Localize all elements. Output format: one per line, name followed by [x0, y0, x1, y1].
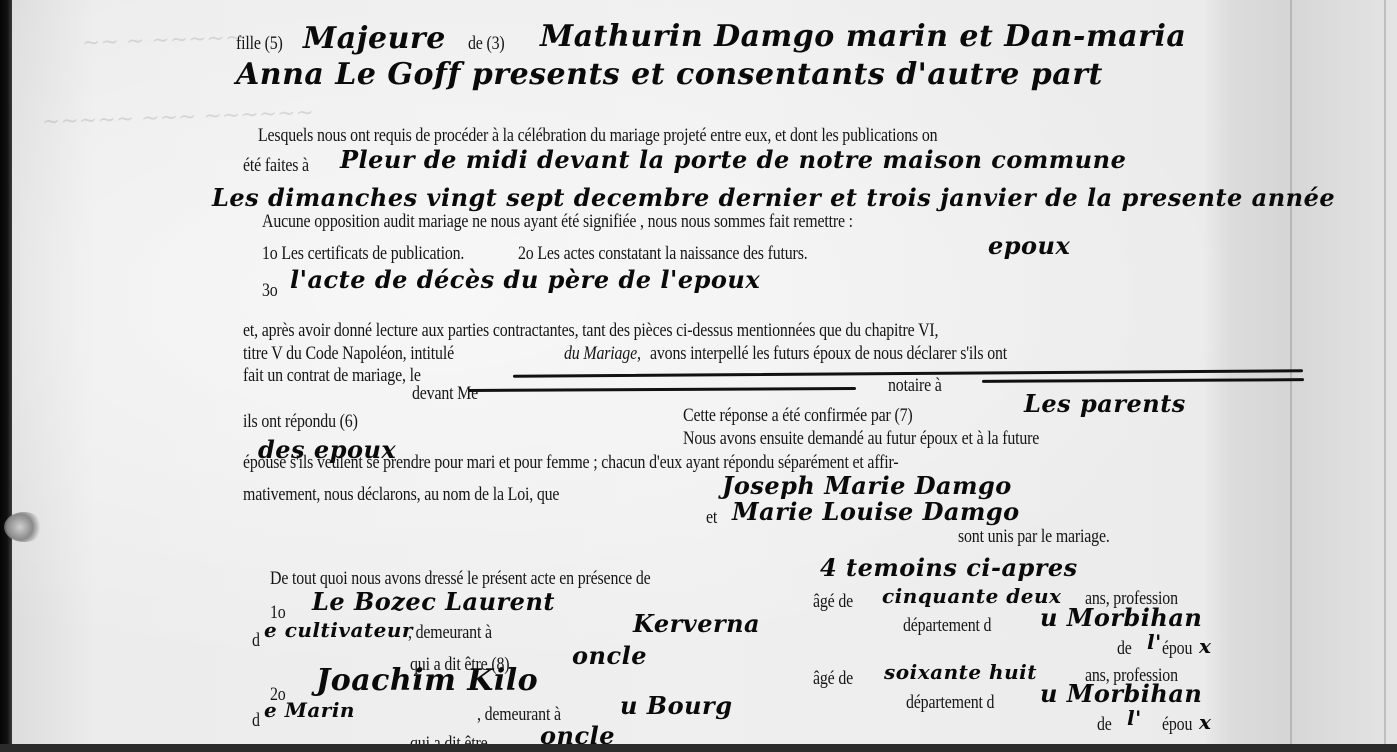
handwritten-witness1-name: Le Bozec Laurent [312, 590, 555, 614]
handwritten-witness2-department: u Morbihan [1040, 682, 1202, 706]
book-binding-edge [0, 0, 12, 745]
handwritten-witness1-relation: oncle [572, 644, 647, 668]
handwritten-futurs-epoux: epoux [988, 234, 1070, 258]
printed-ete-faites: été faites à [243, 157, 309, 176]
handwritten-witness2-of: l' [1127, 708, 1142, 728]
handwritten-witness1-of: l' [1147, 632, 1162, 652]
binding-thread [4, 512, 44, 542]
handwritten-witness1-profession: e cultivateur [264, 620, 413, 640]
page-edge-shadow [1384, 0, 1386, 745]
printed-witness2-epou: épou [1162, 716, 1192, 735]
printed-ils-ont-repondu: ils ont répondu (6) [243, 413, 358, 432]
printed-witness2-d: d [252, 712, 260, 731]
printed-witness1-age-label: âgé de [813, 593, 853, 612]
printed-witness1-departement: département d [903, 617, 991, 636]
handwritten-witness2-age: soixante huit [884, 662, 1037, 682]
printed-nous-avons: Nous avons ensuite demandé au futur épou… [683, 430, 1039, 449]
printed-epouse: épouse s'ils veulent se prendre pour mar… [243, 454, 898, 473]
bleed-through-text: ~~ ~ ~~~~~ [82, 25, 244, 56]
printed-item1: 1o Les certificats de publication. [262, 245, 464, 264]
printed-de-tout-quoi: De tout quoi nous avons dressé le présen… [270, 570, 650, 589]
printed-witness2-de: de [1097, 716, 1112, 735]
printed-witness1-epou: épou [1162, 640, 1192, 659]
handwritten-bride-name: Marie Louise Damgo [732, 500, 1020, 524]
handwritten-item3: l'acte de décès du père de l'epoux [290, 268, 760, 292]
handwritten-witness1-epoux-suffix: x [1199, 636, 1211, 656]
handwritten-groom-name: Joseph Marie Damgo [722, 474, 1012, 498]
printed-witness2-age-label: âgé de [813, 670, 853, 689]
printed-et-apres: et, après avoir donné lecture aux partie… [243, 322, 938, 341]
handwritten-witness2-epoux-suffix: x [1199, 712, 1211, 732]
handwritten-witness1-age: cinquante deux [882, 586, 1061, 606]
printed-item2: 2o Les actes constatant la naissance des… [518, 245, 808, 264]
handwritten-publication-dates: Les dimanches vingt sept decembre dernie… [212, 186, 1335, 210]
handwritten-witness1-residence: Kerverna [633, 612, 760, 636]
printed-titre-v-italic: du Mariage, [564, 345, 641, 364]
handwritten-witness2-name: Joachim Kilo [316, 666, 538, 696]
printed-fille: fille (5) [236, 35, 283, 54]
printed-fait-contrat: fait un contrat de mariage, le [243, 367, 421, 386]
printed-et: et [706, 509, 717, 528]
printed-witness1-demeurant: , demeurant à [408, 624, 492, 643]
handwritten-publication-place: Pleur de midi devant la porte de notre m… [340, 148, 1126, 172]
printed-titre-v-b: avons interpellé les futurs époux de nou… [650, 345, 1007, 364]
printed-witness2-departement: département d [906, 694, 994, 713]
printed-titre-v-a: titre V du Code Napoléon, intitulé [243, 345, 454, 364]
printed-notaire: notaire à [888, 377, 942, 396]
handwritten-witness1-department: u Morbihan [1040, 606, 1202, 630]
printed-item3: 3o [262, 282, 278, 301]
printed-sont-unis: sont unis par le mariage. [958, 528, 1110, 547]
handwritten-status: Majeure [303, 24, 446, 54]
handwritten-confirmed-by: Les parents [1024, 392, 1186, 416]
handwritten-parents-line2: Anna Le Goff presents et consentants d'a… [236, 60, 1103, 90]
viewer-bottom-bar [0, 744, 1397, 752]
printed-witness1-d: d [252, 632, 260, 651]
handwritten-witness2-residence: u Bourg [620, 694, 732, 718]
printed-cette-reponse: Cette réponse a été confirmée par (7) [683, 407, 913, 426]
handwritten-parents-line1: Mathurin Damgo marin et Dan-maria [540, 22, 1186, 52]
handwritten-witness2-profession: e Marin [264, 700, 355, 720]
printed-mativement: mativement, nous déclarons, au nom de la… [243, 486, 559, 505]
printed-de-3: de (3) [468, 35, 505, 54]
printed-witness1-de: de [1117, 640, 1132, 659]
printed-lesquels: Lesquels nous ont requis de procéder à l… [258, 127, 937, 146]
printed-devant: devant Me [412, 385, 478, 404]
handwritten-witness-count: 4 temoins ci-apres [820, 556, 1078, 580]
page-fold-shadow [1290, 0, 1292, 745]
printed-aucune-opposition: Aucune opposition audit mariage ne nous … [262, 213, 853, 232]
